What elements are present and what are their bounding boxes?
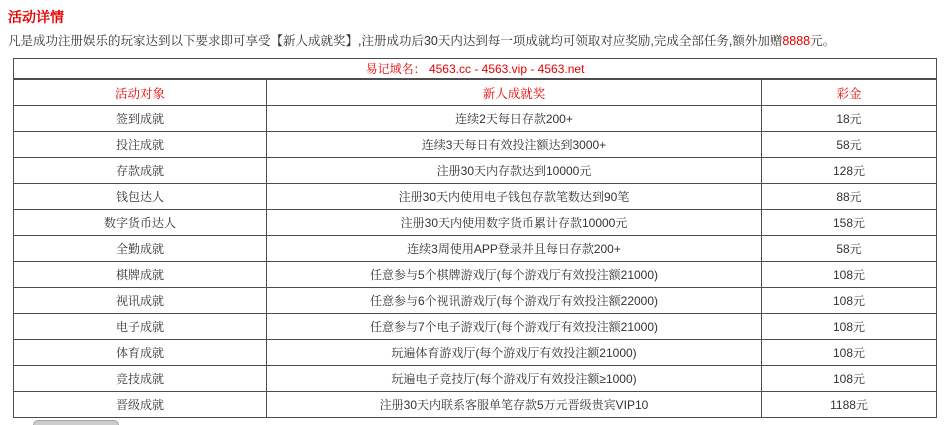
cell-requirement: 玩遍体育游戏厅(每个游戏厅有效投注额21000) [267, 340, 762, 366]
cell-target: 投注成就 [14, 132, 267, 158]
column-header-target: 活动对象 [14, 79, 267, 106]
header-row: 活动对象 新人成就奖 彩金 [14, 79, 937, 106]
cell-requirement: 连续3天每日有效投注额达到3000+ [267, 132, 762, 158]
cell-requirement: 连续3周使用APP登录并且每日存款200+ [267, 236, 762, 262]
column-header-requirement: 新人成就奖 [267, 79, 762, 106]
table-row: 签到成就连续2天每日存款200+18元 [14, 106, 937, 132]
cell-bonus: 58元 [762, 236, 937, 262]
table-row: 全勤成就连续3周使用APP登录并且每日存款200+58元 [14, 236, 937, 262]
cell-requirement: 任意参与6个视讯游戏厅(每个游戏厅有效投注额22000) [267, 288, 762, 314]
domain-row: 易记域名： 4563.cc - 4563.vip - 4563.net [14, 59, 937, 80]
cell-bonus: 1188元 [762, 392, 937, 418]
table-row: 视讯成就任意参与6个视讯游戏厅(每个游戏厅有效投注额22000)108元 [14, 288, 937, 314]
table-row: 竞技成就玩遍电子竞技厅(每个游戏厅有效投注额≥1000)108元 [14, 366, 937, 392]
cell-bonus: 108元 [762, 366, 937, 392]
promo-table: 易记域名： 4563.cc - 4563.vip - 4563.net 活动对象… [13, 58, 937, 418]
page-title: 活动详情 [8, 7, 64, 27]
cell-bonus: 18元 [762, 106, 937, 132]
cell-bonus: 128元 [762, 158, 937, 184]
cell-requirement: 注册30天内使用电子钱包存款笔数达到90笔 [267, 184, 762, 210]
promo-page: { "page": { "title": "活动详情", "intro": { … [0, 0, 949, 425]
cell-target: 晋级成就 [14, 392, 267, 418]
table-row: 钱包达人注册30天内使用电子钱包存款笔数达到90笔88元 [14, 184, 937, 210]
cell-requirement: 注册30天内存款达到10000元 [267, 158, 762, 184]
cell-requirement: 任意参与7个电子游戏厅(每个游戏厅有效投注额21000) [267, 314, 762, 340]
intro-after: 元。 [810, 34, 835, 48]
table-row: 晋级成就注册30天内联系客服单笔存款5万元晋级贵宾VIP101188元 [14, 392, 937, 418]
table-row: 投注成就连续3天每日有效投注额达到3000+58元 [14, 132, 937, 158]
cell-bonus: 108元 [762, 288, 937, 314]
cell-bonus: 108元 [762, 340, 937, 366]
table-row: 数字货币达人注册30天内使用数字货币累计存款10000元158元 [14, 210, 937, 236]
domain-names: 易记域名： 4563.cc - 4563.vip - 4563.net [14, 59, 937, 80]
intro-highlight-amount: 8888 [782, 34, 810, 48]
cell-target: 体育成就 [14, 340, 267, 366]
intro-before: 凡是成功注册娱乐的玩家达到以下要求即可享受【新人成就奖】,注册成功后30天内达到… [8, 34, 782, 48]
cell-bonus: 158元 [762, 210, 937, 236]
table-row: 体育成就玩遍体育游戏厅(每个游戏厅有效投注额21000)108元 [14, 340, 937, 366]
cell-requirement: 任意参与5个棋牌游戏厅(每个游戏厅有效投注额21000) [267, 262, 762, 288]
cell-target: 电子成就 [14, 314, 267, 340]
cell-bonus: 88元 [762, 184, 937, 210]
cell-target: 存款成就 [14, 158, 267, 184]
table-row: 棋牌成就任意参与5个棋牌游戏厅(每个游戏厅有效投注额21000)108元 [14, 262, 937, 288]
table-row: 电子成就任意参与7个电子游戏厅(每个游戏厅有效投注额21000)108元 [14, 314, 937, 340]
cell-target: 视讯成就 [14, 288, 267, 314]
table-row: 存款成就注册30天内存款达到10000元128元 [14, 158, 937, 184]
cell-target: 签到成就 [14, 106, 267, 132]
cell-requirement: 注册30天内使用数字货币累计存款10000元 [267, 210, 762, 236]
cell-bonus: 108元 [762, 262, 937, 288]
intro-text: 凡是成功注册娱乐的玩家达到以下要求即可享受【新人成就奖】,注册成功后30天内达到… [8, 31, 835, 49]
cell-target: 竞技成就 [14, 366, 267, 392]
cell-requirement: 注册30天内联系客服单笔存款5万元晋级贵宾VIP10 [267, 392, 762, 418]
cell-target: 钱包达人 [14, 184, 267, 210]
cell-requirement: 连续2天每日存款200+ [267, 106, 762, 132]
table-body: 签到成就连续2天每日存款200+18元投注成就连续3天每日有效投注额达到3000… [14, 106, 937, 418]
partial-button[interactable] [33, 420, 119, 425]
cell-bonus: 108元 [762, 314, 937, 340]
cell-target: 全勤成就 [14, 236, 267, 262]
column-header-bonus: 彩金 [762, 79, 937, 106]
cell-target: 数字货币达人 [14, 210, 267, 236]
cell-bonus: 58元 [762, 132, 937, 158]
cell-target: 棋牌成就 [14, 262, 267, 288]
cell-requirement: 玩遍电子竞技厅(每个游戏厅有效投注额≥1000) [267, 366, 762, 392]
